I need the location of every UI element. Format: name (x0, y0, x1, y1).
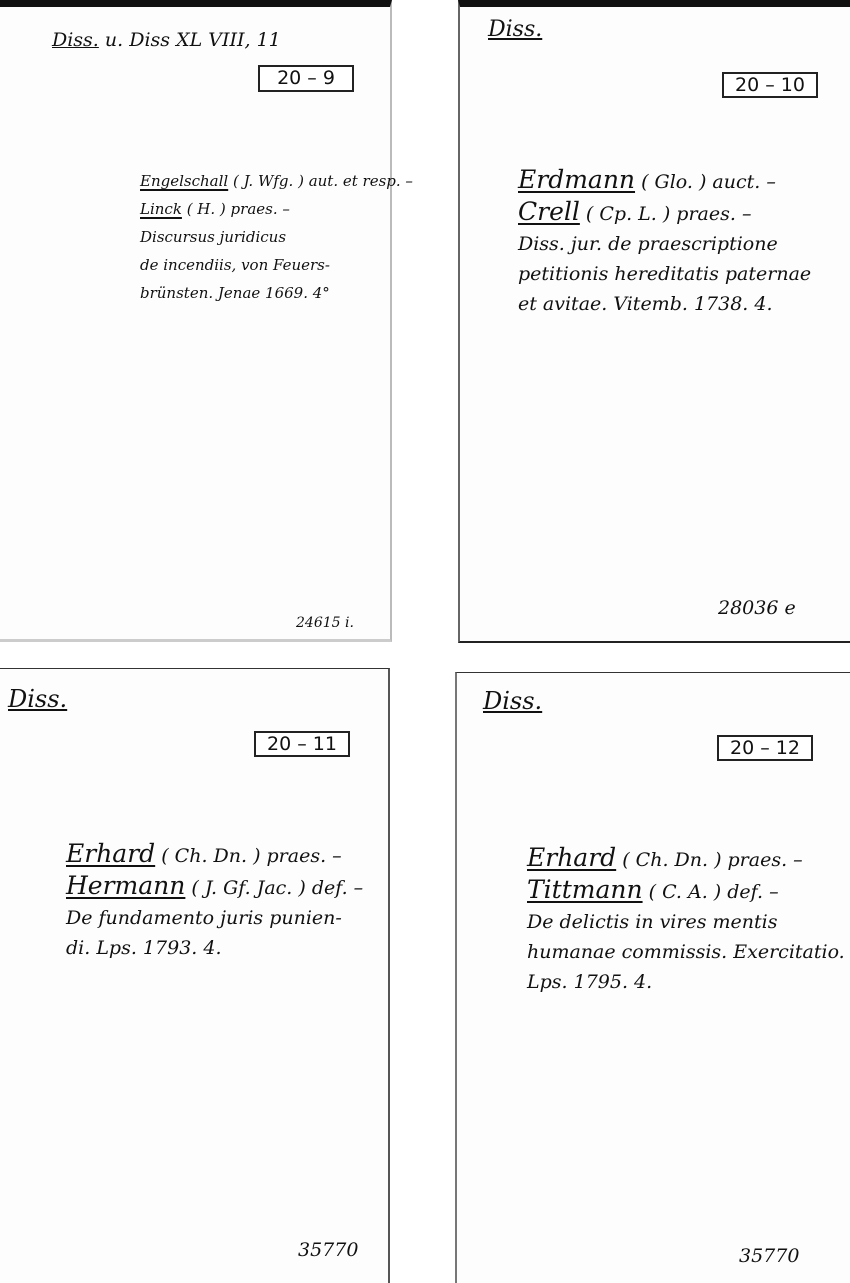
accession-number: 28036 e (718, 597, 796, 619)
entry-line-title: De delictis in vires mentis (527, 907, 845, 937)
shelf-mark-box: 20 – 10 (722, 72, 818, 98)
card-header-note: Diss. u. Diss XL VIII, 11 (52, 29, 281, 51)
card-entry-text: Erdmann ( Glo. ) auct. – Crell ( Cp. L. … (518, 165, 811, 319)
card-header-note: Diss. (8, 685, 67, 713)
entry-line-praeses: Crell ( Cp. L. ) praes. – (518, 197, 811, 229)
card-entry-text: Erhard ( Ch. Dn. ) praes. – Hermann ( J.… (66, 839, 363, 963)
accession-number: 35770 (739, 1245, 799, 1267)
card-header-note: Diss. (483, 687, 542, 715)
shelf-mark-box: 20 – 9 (258, 65, 354, 92)
card-header-note: Diss. (488, 17, 542, 42)
catalog-card-20-9: Diss. u. Diss XL VIII, 11 20 – 9 Engelsc… (0, 0, 392, 642)
card-entry-text: Engelschall ( J. Wfg. ) aut. et resp. – … (140, 167, 413, 307)
card-entry-text: Erhard ( Ch. Dn. ) praes. – Tittmann ( C… (527, 843, 845, 997)
accession-number: 24615 i. (296, 615, 354, 631)
catalog-card-20-10: Diss. 20 – 10 Erdmann ( Glo. ) auct. – C… (458, 0, 850, 643)
entry-line-defendant: Hermann ( J. Gf. Jac. ) def. – (66, 871, 363, 903)
entry-line-imprint: Lps. 1795. 4. (527, 967, 845, 997)
entry-line-title: Discursus juridicus (140, 223, 413, 251)
entry-line-author: Engelschall ( J. Wfg. ) aut. et resp. – (140, 167, 413, 195)
entry-line-defendant: Tittmann ( C. A. ) def. – (527, 875, 845, 907)
entry-line-title: humanae commissis. Exercitatio. (527, 937, 845, 967)
entry-line-praeses: Erhard ( Ch. Dn. ) praes. – (527, 843, 845, 875)
entry-line-praeses: Linck ( H. ) praes. – (140, 195, 413, 223)
entry-line-title: De fundamento juris punien- (66, 903, 363, 933)
shelf-mark-box: 20 – 11 (254, 731, 350, 757)
shelf-mark-box: 20 – 12 (717, 735, 813, 761)
accession-number: 35770 (298, 1239, 358, 1261)
entry-line-imprint: di. Lps. 1793. 4. (66, 933, 363, 963)
catalog-card-20-11: Diss. 20 – 11 Erhard ( Ch. Dn. ) praes. … (0, 668, 390, 1283)
catalog-card-20-12: Diss. 20 – 12 Erhard ( Ch. Dn. ) praes. … (455, 672, 850, 1283)
entry-line-imprint: brünsten. Jenae 1669. 4° (140, 279, 413, 307)
entry-line-title: Diss. jur. de praescriptione (518, 229, 811, 259)
entry-line-praeses: Erhard ( Ch. Dn. ) praes. – (66, 839, 363, 871)
entry-line-author: Erdmann ( Glo. ) auct. – (518, 165, 811, 197)
entry-line-imprint: et avitae. Vitemb. 1738. 4. (518, 289, 811, 319)
entry-line-title: de incendiis, von Feuers- (140, 251, 413, 279)
entry-line-title: petitionis hereditatis paternae (518, 259, 811, 289)
